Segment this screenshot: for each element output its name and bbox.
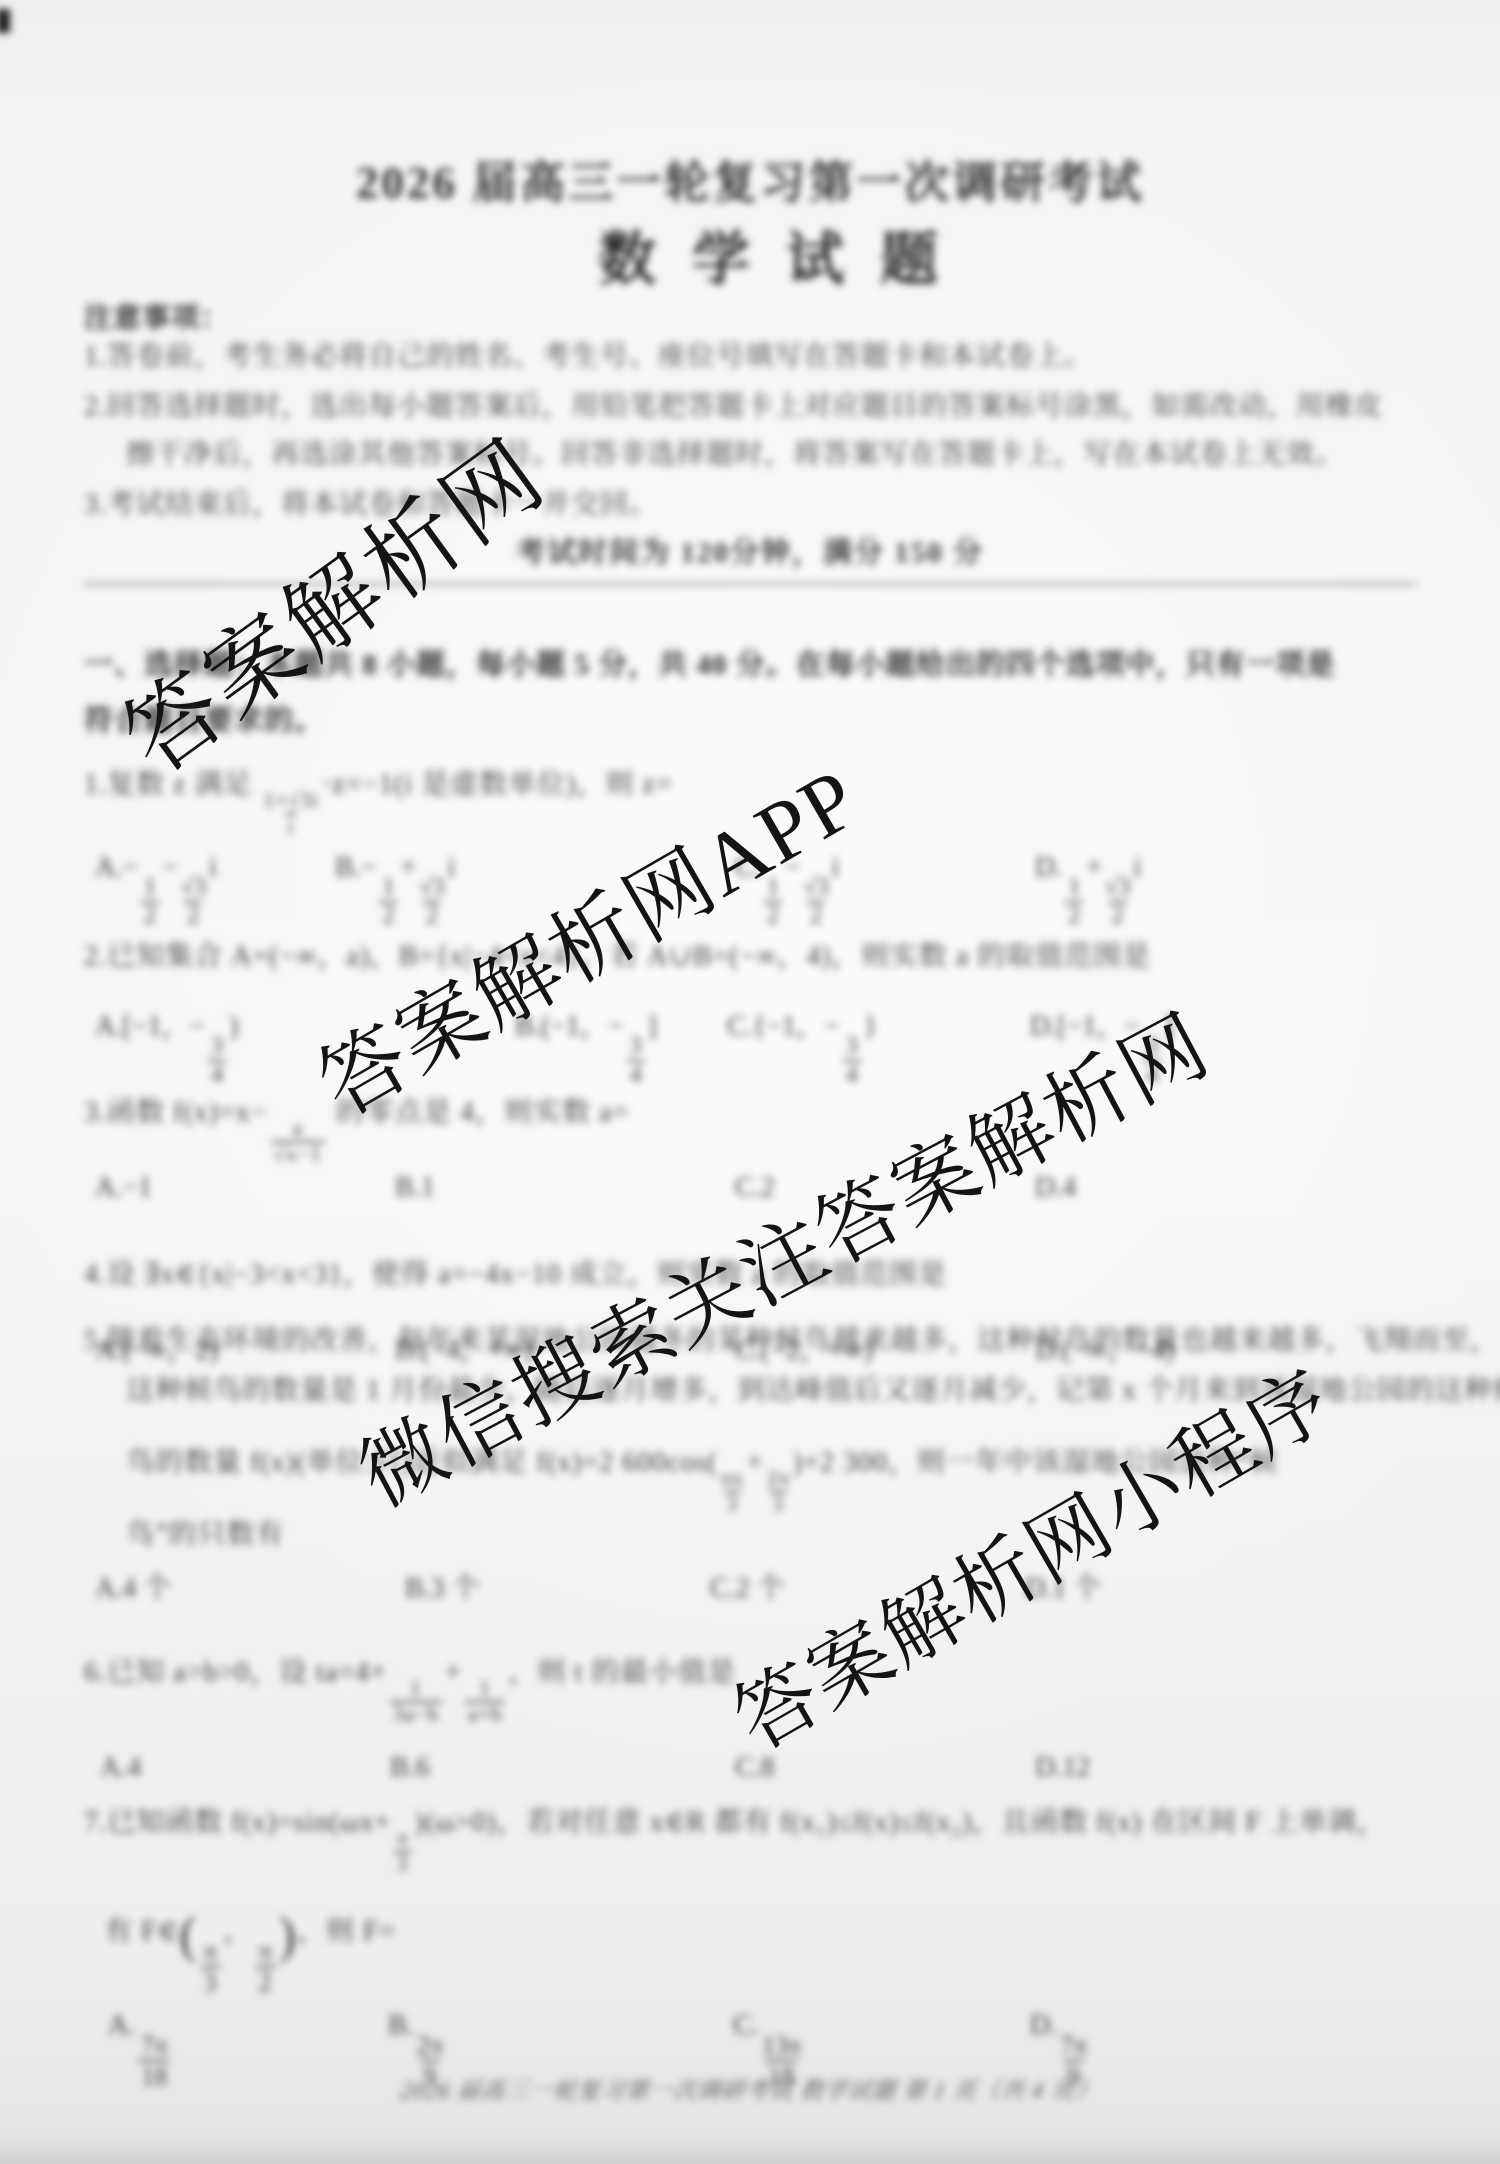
q7-fraction-b: π2 [256, 1937, 276, 1997]
q6-stem-post: ，则 t 的最小值是 [508, 1657, 736, 1688]
section-heading-line2: 符合题目要求的。 [84, 698, 324, 739]
q5-option-b: B.3 个 [405, 1566, 480, 1606]
q6-stem-pre: 6.已知 a>b>0，设 ta=4+ [84, 1657, 387, 1688]
scanned-exam-page: { "header": { "title_line1": "2026 届高三一轮… [0, 0, 1500, 2164]
notice-item-1: 1.答卷前，考生务必将自己的姓名、考生号、座位号填写在答题卡和本试卷上。 [84, 334, 1093, 374]
q7-close-paren: ) [279, 1907, 297, 1964]
question-5-line2: 这种候鸟的数量是 1 月份最少，随后逐月增多，到达峰值后又逐月减少，记第 x 个… [126, 1368, 1500, 1408]
q6-option-c: C.8 [735, 1752, 775, 1784]
question-7-line2: 有 F∈(π3，π2)，则 F= [104, 1906, 396, 1997]
section-heading-line1: 一、选择题：本题共 8 小题，每小题 5 分，共 40 分。在每小题给出的四个选… [84, 642, 1336, 683]
q5-line3-post: )+2 300，则一年中该湿地公园这种“候 [793, 1447, 1279, 1478]
q2-option-b: B.(−1，−34] [515, 1004, 657, 1089]
notice-label: 注意事项： [84, 296, 229, 336]
q5-option-a: A.4 个 [95, 1566, 171, 1606]
q1-option-b: B.−12+√32i [335, 852, 455, 930]
question-5-line1: 5.随着生态环境的改善，每年来某湿地公园越冬的某种候鸟越来越多，这种候鸟的数量也… [84, 1318, 1499, 1358]
q3-option-b: B.1 [395, 1172, 435, 1204]
q1-stem-pre: 1.复数 z 满足 [84, 769, 260, 800]
question-2-stem: 2.已知集合 A=(−∞，a)，B={x|−4<x<4}，若 A∪B=(−∞，4… [84, 934, 1151, 974]
exam-duration-info: 考试时间为 120分钟，满分 150 分 [30, 530, 1470, 571]
scan-corner-artifact [0, 9, 10, 33]
q1-stem-post: ·z=−1(i 是虚数单位)，则 z= [322, 769, 673, 800]
q6-option-d: D.12 [1035, 1752, 1090, 1784]
q5-option-d: D.1 个 [1025, 1566, 1101, 1606]
q1-option-a: A.−12−√32i [95, 852, 217, 930]
exam-title: 2026 届高三一轮复习第一次调研考试 [30, 146, 1470, 211]
q3-stem-pre: 3.函数 f(x)=x− [84, 1097, 268, 1128]
q7-line1-post: )(ω>0)，若对任意 x∈R 都有 f(x₁)≤f(x)≤f(x₂)，且函数 … [415, 1807, 1386, 1838]
q3-option-a: A.−1 [95, 1172, 152, 1204]
question-3-stem: 3.函数 f(x)=x−a√x−1 的零点是 4，则实数 a= [84, 1090, 629, 1166]
section-divider-rule [84, 583, 1416, 585]
q3-fraction: a√x−1 [271, 1117, 325, 1166]
q6-fraction-2: 1a+b [465, 1677, 506, 1726]
q2-option-c: C.{−1，−34} [727, 1004, 877, 1089]
notice-item-2b: 擦干净后，再选涂其他答案标号。回答非选择题时，将答案写在答题卡上，写在本试卷上无… [126, 432, 1344, 472]
subject-title: 数学试题 [30, 212, 1500, 296]
q7-line2-pre: 有 F∈ [104, 1916, 179, 1947]
q5-line3-pre: 鸟的数量 f(x)(单位:只)近似满足 f(x)=2 600cos( [126, 1447, 718, 1478]
paper-background: 2026 届高三一轮复习第一次调研考试 数学试题 注意事项： 1.答卷前，考生务… [0, 0, 1500, 2164]
q5-fraction-1: πx3 [721, 1467, 744, 1516]
q1-option-c: C.12−√32i [735, 852, 839, 930]
notice-item-2a: 2.回答选择题时，选出每小题答案后，用铅笔把答题卡上对应题目的答案标号涂黑，如需… [84, 384, 1383, 424]
question-1-stem: 1.复数 z 满足 1+√3ii·z=−1(i 是虚数单位)，则 z= [84, 762, 673, 838]
q1-fraction: 1+√3ii [263, 789, 318, 838]
q6-fraction-1: 13a−b [390, 1677, 442, 1726]
q3-stem-post: 的零点是 4，则实数 a= [328, 1097, 629, 1128]
q7-line2-post: ，则 F= [297, 1916, 396, 1947]
q7-fraction-a: π3 [201, 1937, 221, 1997]
q6-option-b: B.6 [390, 1752, 430, 1784]
blurred-scan-content: 2026 届高三一轮复习第一次调研考试 数学试题 注意事项： 1.答卷前，考生务… [0, 0, 1500, 2164]
q1-option-d: D.12+√32i [1035, 852, 1141, 930]
q7-fraction-omega: π3 [394, 1827, 412, 1876]
page-footer: 2026 届高三一轮复习第一次调研考试 数学试题 第 1 页（共 4 页） [98, 2072, 1402, 2105]
q3-option-d: D.4 [1035, 1172, 1076, 1204]
question-4-stem: 4.设 ∃x∈{x|−3<x<3}，使得 a=−4x−10 成立，则实数 a 的… [84, 1252, 947, 1292]
question-5-line3: 鸟的数量 f(x)(单位:只)近似满足 f(x)=2 600cos(πx3+2π… [126, 1440, 1278, 1516]
question-7-line1: 7.已知函数 f(x)=sin(ωx+π3)(ω>0)，若对任意 x∈R 都有 … [84, 1800, 1386, 1876]
q5-fraction-2: 2π3 [767, 1467, 790, 1516]
q2-option-d: D.[−1，−34] [1030, 1004, 1173, 1089]
q3-option-c: C.2 [735, 1172, 775, 1204]
q7-open-paren: ( [179, 1907, 197, 1964]
q2-option-a: A.[−1，−34) [95, 1004, 238, 1089]
notice-item-3: 3.考试结束后，将本试卷和答题卡一并交回。 [84, 482, 658, 522]
q6-option-a: A.4 [100, 1752, 141, 1784]
q7-line1-pre: 7.已知函数 f(x)=sin(ωx+ [84, 1807, 391, 1838]
question-6-stem: 6.已知 a>b>0，设 ta=4+13a−b+1a+b，则 t 的最小值是 [84, 1650, 736, 1726]
question-5-line4: 鸟”的只数有 [126, 1512, 284, 1552]
q5-option-c: C.2 个 [710, 1566, 785, 1606]
